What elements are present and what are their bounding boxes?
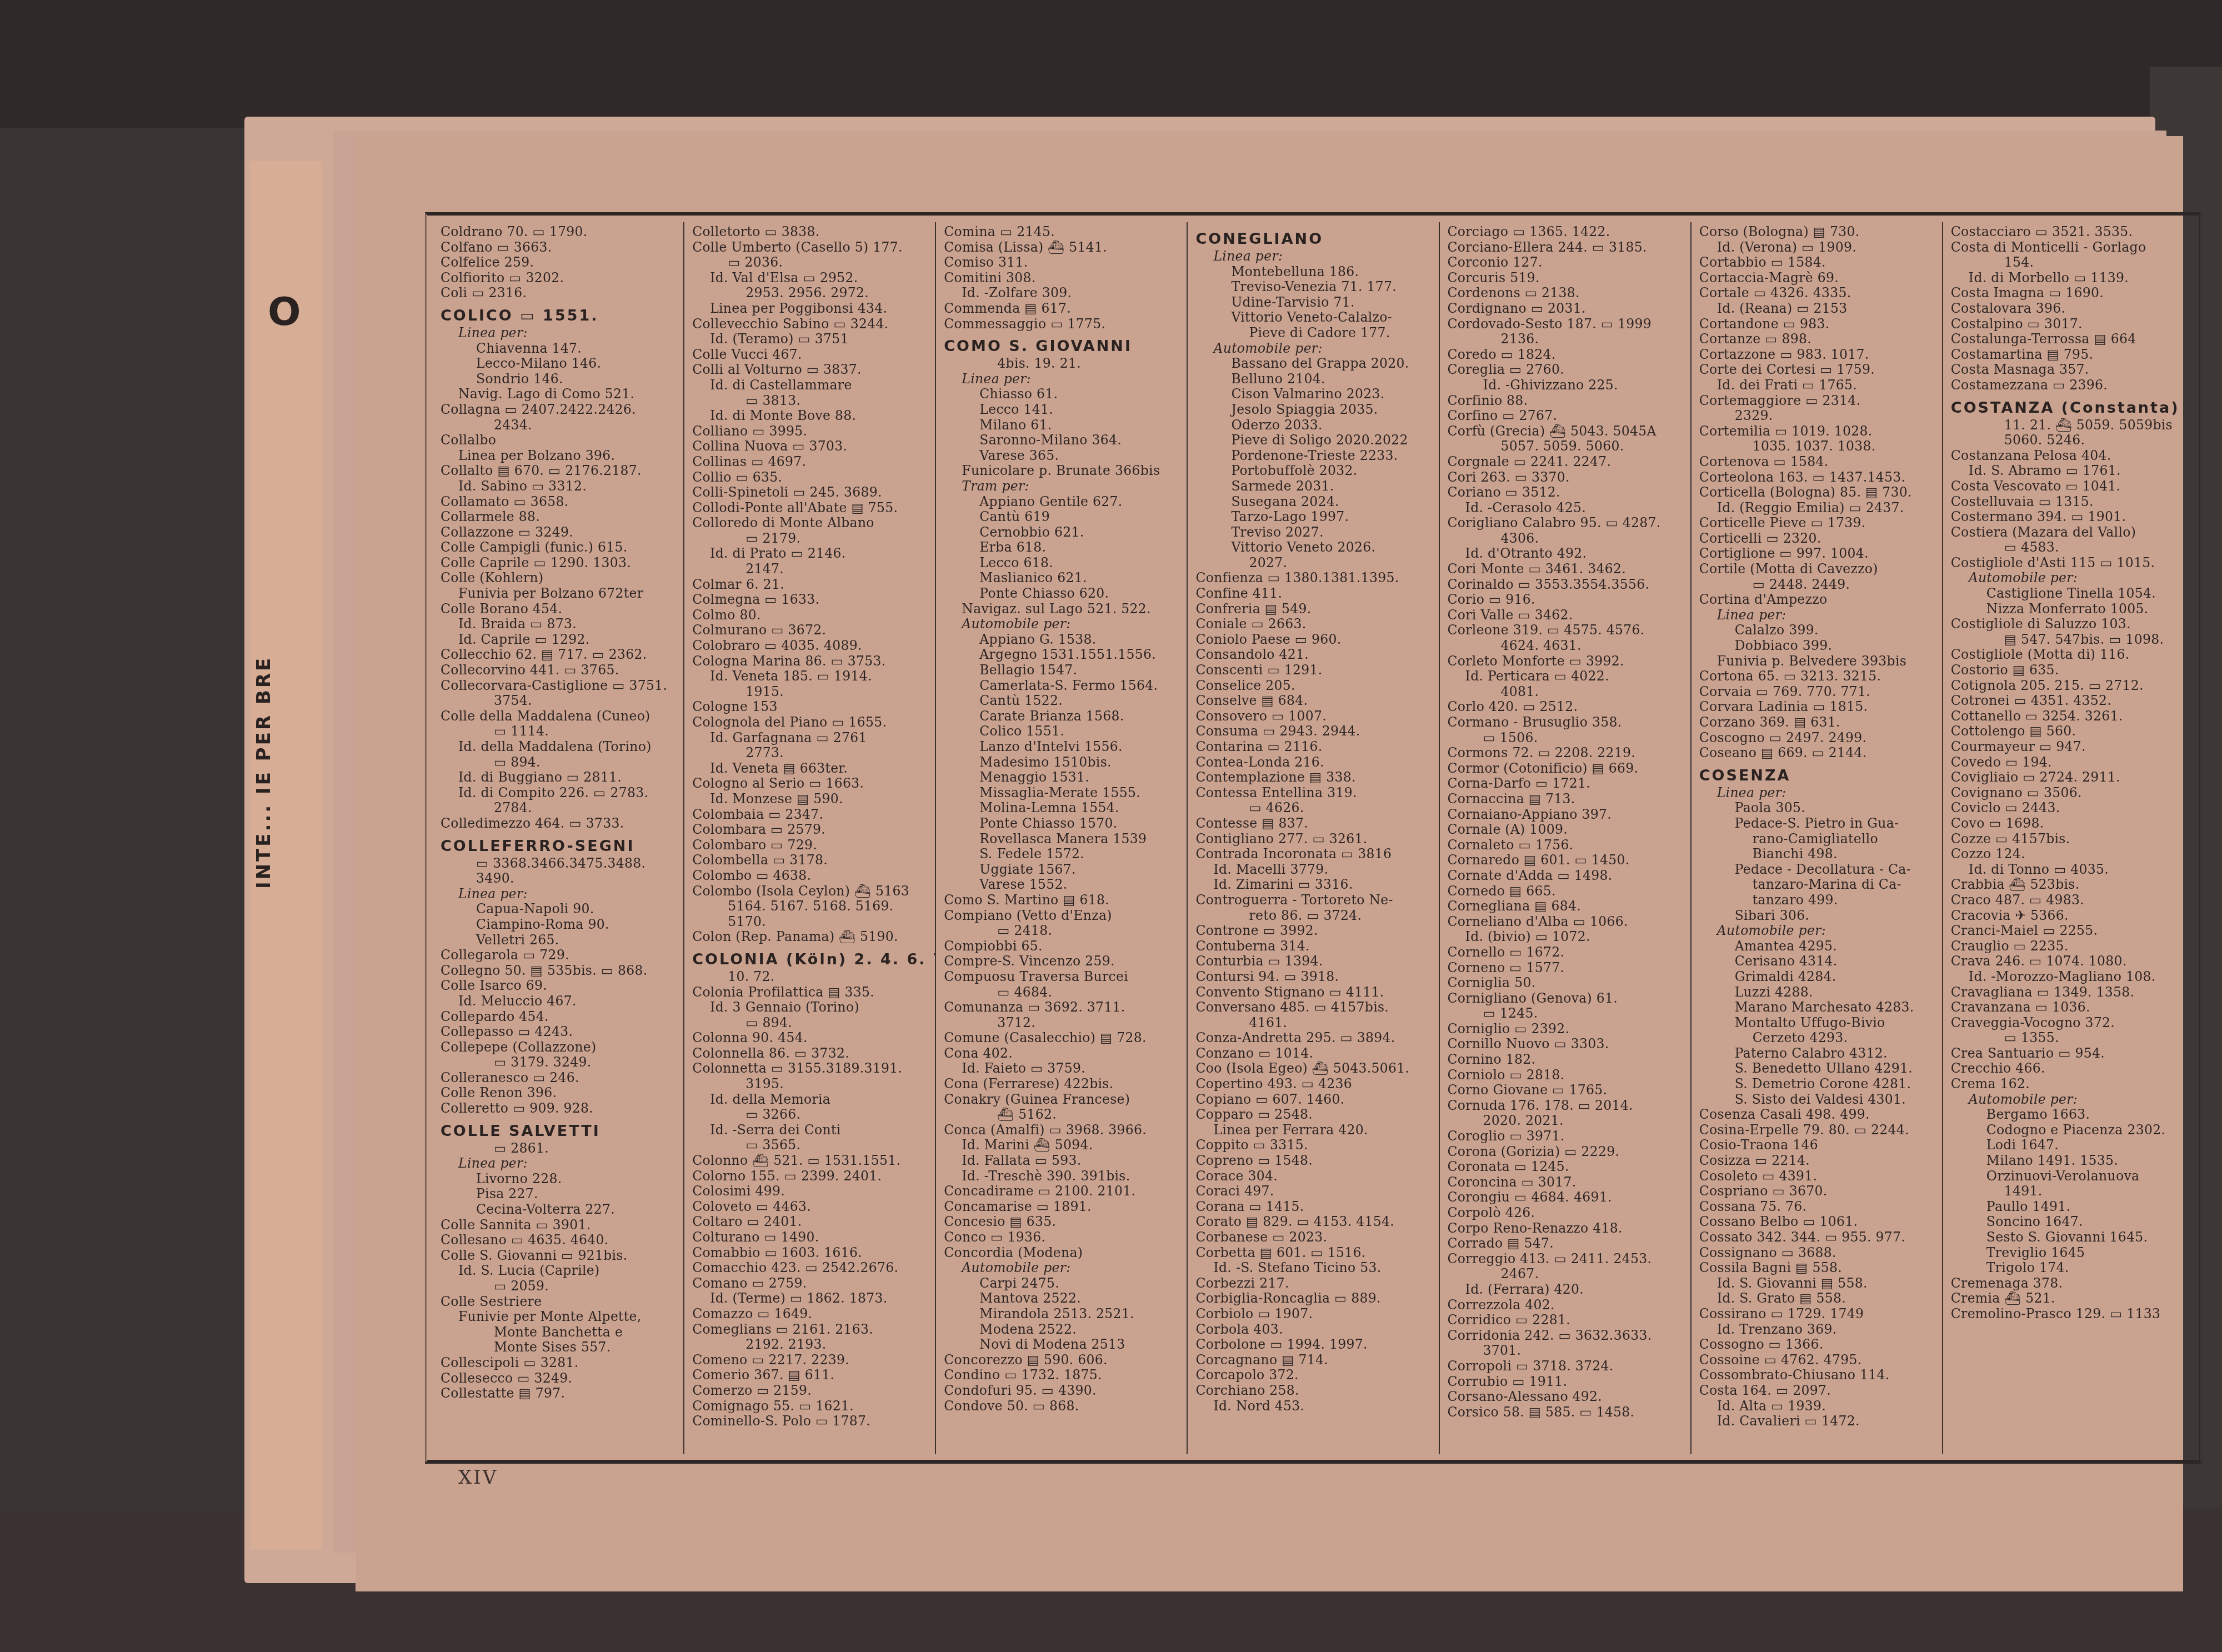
index-entry: Treviso-Venezia 71. 177. [1195, 279, 1433, 295]
index-entry: Corso (Bologna) ▤ 730. [1699, 224, 1936, 240]
index-entry: Linea per Ferrara 420. [1195, 1123, 1433, 1138]
index-entry: Colombaia ▭ 2347. [692, 807, 929, 823]
index-entry: Corticelle Pieve ▭ 1739. [1699, 515, 1936, 531]
index-entry: 4306. [1448, 531, 1685, 547]
index-entry: Colosimi 499. [692, 1184, 929, 1199]
index-entry: Id. Veneta ▤ 663ter. [692, 761, 929, 777]
index-entry: Cologne 153 [692, 699, 929, 715]
index-entry: Coredo ▭ 1824. [1448, 347, 1685, 363]
index-entry: Collecchio 62. ▤ 717. ▭ 2362. [441, 647, 678, 663]
index-entry: Comiso 311. [944, 255, 1181, 271]
index-entry: Colli al Volturno ▭ 3837. [692, 362, 929, 378]
index-entry: Id. (Verona) ▭ 1909. [1699, 240, 1936, 256]
index-entry: Cormons 72. ▭ 2208. 2219. [1448, 745, 1685, 761]
index-entry: Colleranesco ▭ 246. [441, 1070, 678, 1086]
index-entry: Condofuri 95. ▭ 4390. [944, 1383, 1181, 1399]
index-entry: S. Demetrio Corone 4281. [1699, 1077, 1936, 1092]
index-entry: Cosenza Casali 498. 499. [1699, 1107, 1936, 1123]
index-entry: Copiano ▭ 607. 1460. [1195, 1092, 1433, 1108]
index-entry: Id. (Terme) ▭ 1862. 1873. [692, 1291, 929, 1306]
index-entry: Covignano ▭ 3506. [1951, 785, 2188, 801]
index-entry: Colombo (Isola Ceylon) ⛴ 5163 [692, 884, 929, 899]
index-entry: Cossato 342. 344. ▭ 955. 977. [1699, 1230, 1936, 1245]
index-entry: Cornaredo ▤ 601. ▭ 1450. [1448, 853, 1685, 868]
index-entry: ▭ 4583. [1951, 540, 2188, 555]
index-entry: Collalbo [441, 433, 678, 448]
index-entry: Collepepe (Collazzone) [441, 1040, 678, 1055]
index-entry: Costa 164. ▭ 2097. [1699, 1383, 1936, 1399]
index-entry: Monte Banchetta e [441, 1325, 678, 1340]
index-entry: 2784. [441, 800, 678, 816]
index-entry: Costalpino ▭ 3017. [1951, 317, 2188, 332]
index-entry: Appiano Gentile 627. [944, 494, 1181, 510]
index-entry: 1915. [692, 684, 929, 700]
section-heading: COLLEFERRO-SEGNI [441, 837, 678, 856]
index-entry: Confienza ▭ 1380.1381.1395. [1195, 570, 1433, 586]
index-entry: Colledimezzo 464. ▭ 3733. [441, 816, 678, 832]
index-entry: Susegana 2024. [1195, 494, 1433, 510]
index-entry: Comerio 367. ▤ 611. [692, 1368, 929, 1383]
index-entry: Corcapolo 372. [1195, 1368, 1433, 1383]
index-entry: Id. (Reggio Emilia) ▭ 2437. [1699, 500, 1936, 516]
index-entry: Dobbiaco 399. [1699, 638, 1936, 654]
index-entry: Automobile per: [1951, 1092, 2188, 1108]
index-entry: Colle della Maddalena (Cuneo) [441, 709, 678, 724]
index-entry: Automobile per: [944, 1260, 1181, 1276]
index-entry: Monte Sises 557. [441, 1340, 678, 1355]
index-entry: Cornegliana ▤ 684. [1448, 899, 1685, 914]
index-entry: Concadirame ▭ 2100. 2101. [944, 1184, 1181, 1199]
index-entry: 3701. [1448, 1343, 1685, 1359]
index-entry: Costigliole d'Asti 115 ▭ 1015. [1951, 555, 2188, 571]
index-entry: Linea per: [441, 326, 678, 341]
index-entry: Contrada Incoronata ▭ 3816 [1195, 847, 1433, 862]
index-entry: Corridonia 242. ▭ 3632.3633. [1448, 1328, 1685, 1344]
index-entry: Coroglio ▭ 3971. [1448, 1129, 1685, 1144]
index-entry: Corlo 420. ▭ 2512. [1448, 699, 1685, 715]
index-entry: 11. 21. ⛴ 5059. 5059bis [1951, 418, 2188, 433]
index-entry: Id. -Treschè 390. 391bis. [944, 1169, 1181, 1184]
index-entry: Corvaia ▭ 769. 770. 771. [1699, 684, 1936, 700]
index-entry: Trigolo 174. [1951, 1260, 2188, 1276]
index-entry: Conscenti ▭ 1291. [1195, 663, 1433, 678]
index-entry: Corsano-Alessano 492. [1448, 1389, 1685, 1405]
index-entry: Corciago ▭ 1365. 1422. [1448, 224, 1685, 240]
index-entry: Cortandone ▭ 983. [1699, 317, 1936, 332]
index-entry: Cominello-S. Polo ▭ 1787. [692, 1414, 929, 1429]
index-entry: Concamarise ▭ 1891. [944, 1199, 1181, 1215]
section-heading: COSENZA [1699, 767, 1936, 785]
index-entry: Crea Santuario ▭ 954. [1951, 1046, 2188, 1062]
index-entry: Coviclo ▭ 2443. [1951, 800, 2188, 816]
index-entry: Consovero ▭ 1007. [1195, 709, 1433, 724]
index-entry: Cerzeto 4293. [1699, 1030, 1936, 1046]
index-entry: Cottanello ▭ 3254. 3261. [1951, 709, 2188, 724]
index-entry: Corniglio ▭ 2392. [1448, 1022, 1685, 1037]
index-entry: Orzinuovi-Verolanuova [1951, 1169, 2188, 1184]
index-entry: Corna-Darfo ▭ 1721. [1448, 776, 1685, 792]
index-entry: Corconio 127. [1448, 255, 1685, 271]
index-entry: 4624. 4631. [1448, 638, 1685, 654]
index-entry: Correggio 413. ▭ 2411. 2453. [1448, 1251, 1685, 1267]
index-entry: Cornello ▭ 1672. [1448, 945, 1685, 960]
index-entry: Id. di Buggiano ▭ 2811. [441, 770, 678, 785]
index-entry: Colle S. Giovanni ▭ 921bis. [441, 1248, 678, 1264]
index-entry: Id. di Prato ▭ 2146. [692, 546, 929, 562]
index-entry: Corleto Monforte ▭ 3992. [1448, 654, 1685, 669]
index-entry: Cortazzone ▭ 983. 1017. [1699, 347, 1936, 363]
index-entry: Colmegna ▭ 1633. [692, 592, 929, 608]
index-entry: Tarzo-Lago 1997. [1195, 509, 1433, 525]
index-entry: 2329. [1699, 408, 1936, 424]
index-entry: Controguerra - Tortoreto Ne- [1195, 893, 1433, 908]
index-column-1: Coldrano 70. ▭ 1790.Colfano ▭ 3663.Colfe… [433, 222, 684, 1454]
index-entry: Cortiglione ▭ 997. 1004. [1699, 546, 1936, 562]
index-entry: Id. di Compito 226. ▭ 2783. [441, 785, 678, 801]
index-columns: Coldrano 70. ▭ 1790.Colfano ▭ 3663.Colfe… [433, 222, 2194, 1454]
index-entry: Coscogno ▭ 2497. 2499. [1699, 730, 1936, 746]
index-entry: Jesolo Spiaggia 2035. [1195, 402, 1433, 418]
index-entry: Colfano ▭ 3663. [441, 240, 678, 256]
index-entry: Costelluvaia ▭ 1315. [1951, 494, 2188, 510]
index-entry: Carpi 2475. [944, 1276, 1181, 1291]
index-entry: Cologno al Serio ▭ 1663. [692, 776, 929, 792]
index-entry: Colfiorito ▭ 3202. [441, 271, 678, 286]
index-entry: Pedace-S. Pietro in Gua- [1699, 816, 1936, 832]
index-entry: Cortina d'Ampezzo [1699, 592, 1936, 608]
index-entry: Id. -Morozzo-Magliano 108. [1951, 969, 2188, 985]
index-entry: Id. Monzese ▤ 590. [692, 792, 929, 807]
index-entry: Courmayeur ▭ 947. [1951, 739, 2188, 755]
index-entry: Conakry (Guinea Francese) [944, 1092, 1181, 1108]
index-entry: Id. (Teramo) ▭ 3751 [692, 332, 929, 347]
index-entry: Cortile (Motta di Cavezzo) [1699, 562, 1936, 577]
index-entry: Comano ▭ 2759. [692, 1276, 929, 1291]
index-entry: Comacchio 423. ▭ 2542.2676. [692, 1260, 929, 1276]
index-entry: Cortanze ▭ 898. [1699, 332, 1936, 347]
index-entry: Cernobbio 621. [944, 525, 1181, 540]
index-entry: Cozzo 124. [1951, 847, 2188, 862]
index-entry: Comitini 308. [944, 271, 1181, 286]
index-entry: Id. (Ferrara) 420. [1448, 1282, 1685, 1298]
index-entry: Cornale (A) 1009. [1448, 822, 1685, 838]
index-entry: Collegarola ▭ 729. [441, 948, 678, 963]
index-entry: Cecina-Volterra 227. [441, 1202, 678, 1218]
index-entry: ▭ 2418. [944, 923, 1181, 939]
index-entry: Linea per Bolzano 396. [441, 448, 678, 464]
index-entry: Vittorio Veneto 2026. [1195, 540, 1433, 555]
index-entry: Corcagnano ▤ 714. [1195, 1353, 1433, 1368]
index-entry: Navigaz. sul Lago 521. 522. [944, 602, 1181, 617]
index-column-7: Costacciaro ▭ 3521. 3535.Costa di Montic… [1943, 222, 2194, 1454]
index-entry: Chiasso 61. [944, 387, 1181, 402]
section-heading: COLLE SALVETTI [441, 1122, 678, 1141]
index-entry: Corigliano Calabro 95. ▭ 4287. [1448, 515, 1685, 531]
index-entry: ▭ 2059. [441, 1279, 678, 1294]
index-entry: Craveggia-Vocogno 372. [1951, 1015, 2188, 1031]
index-entry: Conca (Amalfi) ▭ 3968. 3966. [944, 1123, 1181, 1138]
index-entry: Corrubio ▭ 1911. [1448, 1374, 1685, 1390]
index-entry: Id. -S. Stefano Ticino 53. [1195, 1260, 1433, 1276]
index-entry: Copparo ▭ 2548. [1195, 1107, 1433, 1123]
index-entry: Costiera (Mazara del Vallo) [1951, 525, 2188, 540]
index-entry: Montalto Uffugo-Bivio [1699, 1015, 1936, 1031]
index-entry: Cossignano ▭ 3688. [1699, 1245, 1936, 1261]
index-entry: Comeno ▭ 2217. 2239. [692, 1353, 929, 1368]
index-entry: Funicolare p. Brunate 366bis [944, 463, 1181, 479]
index-entry: Corchiano 258. [1195, 1383, 1433, 1399]
index-entry: Paola 305. [1699, 800, 1936, 816]
index-entry: Cison Valmarino 2023. [1195, 387, 1433, 402]
index-entry: Id. (Reana) ▭ 2153 [1699, 301, 1936, 317]
index-entry: Cortale ▭ 4326. 4335. [1699, 286, 1936, 301]
index-entry: Corpo Reno-Renazzo 418. [1448, 1221, 1685, 1237]
index-entry: Confine 411. [1195, 586, 1433, 602]
index-entry: Copertino 493. ▭ 4236 [1195, 1077, 1433, 1092]
index-entry: Corticelli ▭ 2320. [1699, 531, 1936, 547]
index-entry: Linea per: [1699, 608, 1936, 623]
section-heading: COLICO ▭ 1551. [441, 307, 678, 326]
index-entry: Coronata ▭ 1245. [1448, 1159, 1685, 1175]
index-entry: rano-Camigliatello [1699, 832, 1936, 847]
index-entry: Cordignano ▭ 2031. [1448, 301, 1685, 317]
index-entry: Cozze ▭ 4157bis. [1951, 832, 2188, 847]
index-entry: Colle Borano 454. [441, 602, 678, 617]
index-entry: Id. S. Grato ▤ 558. [1699, 1291, 1936, 1306]
index-entry: 4bis. 19. 21. [944, 356, 1181, 372]
index-entry: Id. di Monte Bove 88. [692, 408, 929, 424]
index-entry: Compiobbi 65. [944, 939, 1181, 954]
index-entry: Comina ▭ 2145. [944, 224, 1181, 240]
index-entry: ▭ 3179. 3249. [441, 1055, 678, 1070]
index-entry: ▭ 1506. [1448, 730, 1685, 746]
index-entry: Calalzo 399. [1699, 623, 1936, 638]
index-entry: Coloveto ▭ 4463. [692, 1199, 929, 1215]
index-entry: Pieve di Soligo 2020.2022 [1195, 433, 1433, 448]
index-entry: Collazzone ▭ 3249. [441, 525, 678, 540]
index-entry: Condove 50. ▭ 868. [944, 1399, 1181, 1414]
index-entry: Id. Cavalieri ▭ 1472. [1699, 1414, 1936, 1429]
index-entry: Pisa 227. [441, 1187, 678, 1202]
index-column-6: Corso (Bologna) ▤ 730.Id. (Verona) ▭ 190… [1691, 222, 1943, 1454]
index-entry: Id. Perticara ▭ 4022. [1448, 669, 1685, 684]
index-entry: Colli-Spinetoli ▭ 245. 3689. [692, 485, 929, 500]
index-entry: Capua-Napoli 90. [441, 902, 678, 917]
index-entry: Costigliole (Motta di) 116. [1951, 647, 2188, 663]
index-entry: Cremolino-Prasco 129. ▭ 1133 [1951, 1306, 2188, 1322]
index-entry: Sesto S. Giovanni 1645. [1951, 1230, 2188, 1245]
index-entry: 4081. [1448, 684, 1685, 700]
index-entry: Corvara Ladinia ▭ 1815. [1699, 699, 1936, 715]
index-entry: Camerlata-S. Fermo 1564. [944, 678, 1181, 694]
index-entry: Costalunga-Terrossa ▤ 664 [1951, 332, 2188, 347]
index-entry: Corbiglia-Roncaglia ▭ 889. [1195, 1291, 1433, 1306]
index-entry: Cormano - Brusuglio 358. [1448, 715, 1685, 730]
index-entry: Marano Marchesato 4283. [1699, 1000, 1936, 1015]
index-entry: Id. -Serra dei Conti [692, 1123, 929, 1138]
index-entry: ▭ 3266. [692, 1107, 929, 1123]
index-entry: 2434. [441, 418, 678, 433]
index-entry: Costigliole di Saluzzo 103. [1951, 617, 2188, 632]
index-entry: Colombara ▭ 2579. [692, 822, 929, 838]
index-entry: Colombaro ▭ 729. [692, 838, 929, 853]
index-entry: Vittorio Veneto-Calalzo- [1195, 310, 1433, 326]
index-entry: Lecco 141. [944, 402, 1181, 418]
index-entry: Collepardo 454. [441, 1009, 678, 1025]
index-entry: Corgnale ▭ 2241. 2247. [1448, 454, 1685, 470]
index-entry: Corfino ▭ 2767. [1448, 408, 1685, 424]
index-entry: Costa Vescovato ▭ 1041. [1951, 479, 2188, 494]
section-heading: COLONIA (Köln) 2. 4. 6. 7. [692, 950, 929, 969]
index-entry: Cona 402. [944, 1046, 1181, 1062]
index-entry: Costa Masnaga 357. [1951, 362, 2188, 378]
section-heading: COSTANZA (Constanta) [1951, 399, 2188, 418]
index-entry: Colletorto ▭ 3838. [692, 224, 929, 240]
index-entry: Id. Trenzano 369. [1699, 1322, 1936, 1338]
index-entry: Id. (bivio) ▭ 1072. [1448, 929, 1685, 945]
index-entry: Ponte Chiasso 1570. [944, 816, 1181, 832]
index-entry: Collesano ▭ 4635. 4640. [441, 1233, 678, 1248]
index-entry: Cravanzana ▭ 1036. [1951, 1000, 2188, 1015]
index-entry: Collecorvino 441. ▭ 3765. [441, 663, 678, 678]
index-entry: Cortona 65. ▭ 3213. 3215. [1699, 669, 1936, 684]
index-entry: Costalovara 396. [1951, 301, 2188, 317]
index-entry: Id. d'Otranto 492. [1448, 546, 1685, 562]
index-entry: Cortenova ▭ 1584. [1699, 454, 1936, 470]
index-entry: Mantova 2522. [944, 1291, 1181, 1306]
index-entry: Corrado ▤ 547. [1448, 1236, 1685, 1251]
index-entry: Colfelice 259. [441, 255, 678, 271]
index-entry: Como S. Martino ▤ 618. [944, 893, 1181, 908]
index-entry: Ponte Chiasso 620. [944, 586, 1181, 602]
section-heading: COMO S. GIOVANNI [944, 337, 1181, 356]
index-entry: 2147. [692, 562, 929, 577]
index-entry: 2773. [692, 745, 929, 761]
index-entry: ⛴ 5162. [944, 1107, 1181, 1123]
index-entry: Cortemilia ▭ 1019. 1028. [1699, 424, 1936, 439]
index-entry: Crema 162. [1951, 1077, 2188, 1092]
index-entry: Contemplazione ▤ 338. [1195, 770, 1433, 785]
index-entry: Tram per: [944, 479, 1181, 494]
page-number: XIV [458, 1466, 498, 1489]
index-entry: Confreria ▤ 549. [1195, 602, 1433, 617]
index-entry: Collio ▭ 635. [692, 470, 929, 485]
index-entry: Corleone 319. ▭ 4575. 4576. [1448, 623, 1685, 638]
index-entry: ▭ 894. [441, 755, 678, 770]
index-entry: ▭ 2448. 2449. [1699, 577, 1936, 593]
index-entry: Contea-Londa 216. [1195, 755, 1433, 770]
index-entry: Colognola del Piano ▭ 1655. [692, 715, 929, 730]
index-entry: Varese 365. [944, 448, 1181, 464]
index-entry: Lodi 1647. [1951, 1138, 2188, 1153]
index-entry: reto 86. ▭ 3724. [1195, 908, 1433, 924]
index-entry: Linea per: [1195, 249, 1433, 264]
index-entry: Id. -Zolfare 309. [944, 286, 1181, 301]
index-entry: 5060. 5246. [1951, 433, 2188, 448]
index-entry: Conzano ▭ 1014. [1195, 1046, 1433, 1062]
index-entry: 2020. 2021. [1448, 1113, 1685, 1129]
index-entry: Colle Caprile ▭ 1290. 1303. [441, 555, 678, 571]
index-entry: Corteolona 163. ▭ 1437.1453. [1699, 470, 1936, 485]
index-entry: Id. Faieto ▭ 3759. [944, 1061, 1181, 1077]
index-entry: Controne ▭ 3992. [1195, 923, 1433, 939]
index-entry: ▭ 4684. [944, 985, 1181, 1000]
index-entry: Navig. Lago di Como 521. [441, 387, 678, 402]
index-entry: Collarmele 88. [441, 509, 678, 525]
index-entry: Linea per: [1699, 785, 1936, 801]
index-entry: 3712. [944, 1015, 1181, 1031]
index-entry: Consuma ▭ 2943. 2944. [1195, 724, 1433, 739]
index-entry: ▭ 1245. [1448, 1006, 1685, 1022]
index-entry: 3195. [692, 1077, 929, 1092]
index-entry: Bergamo 1663. [1951, 1107, 2188, 1123]
index-entry: Cornaccina ▤ 713. [1448, 792, 1685, 807]
index-entry: Cossano Belbo ▭ 1061. [1699, 1214, 1936, 1230]
index-entry: Colon (Rep. Panama) ⛴ 5190. [692, 929, 929, 945]
index-entry: Cossirano ▭ 1729. 1749 [1699, 1306, 1936, 1322]
index-entry: Grimaldi 4284. [1699, 969, 1936, 985]
index-entry: Colonna 90. 454. [692, 1030, 929, 1046]
index-entry: 5164. 5167. 5168. 5169. [692, 899, 929, 914]
index-entry: Cortaccia-Magrè 69. [1699, 271, 1936, 286]
index-column-3: Comina ▭ 2145.Comisa (Lissa) ⛴ 5141.Comi… [936, 222, 1188, 1454]
index-entry: Cracovia ✈ 5366. [1951, 908, 2188, 924]
index-entry: ▭ 894. [692, 1015, 929, 1031]
index-entry: Coniolo Paese ▭ 960. [1195, 632, 1433, 648]
index-entry: Lecco 618. [944, 555, 1181, 571]
index-entry: 2136. [1448, 332, 1685, 347]
index-entry: S. Sisto dei Valdesi 4301. [1699, 1092, 1936, 1108]
index-entry: ▭ 2179. [692, 531, 929, 547]
index-entry: Corropoli ▭ 3718. 3724. [1448, 1359, 1685, 1374]
index-entry: Covedo ▭ 194. [1951, 755, 2188, 770]
index-entry: Corniolo ▭ 2818. [1448, 1068, 1685, 1083]
index-entry: Cospriano ▭ 3670. [1699, 1184, 1936, 1199]
index-entry: Corsico 58. ▤ 585. ▭ 1458. [1448, 1405, 1685, 1420]
index-entry: Costamartina ▤ 795. [1951, 347, 2188, 363]
index-entry: Oderzo 2033. [1195, 418, 1433, 433]
index-entry: ▤ 547. 547bis. ▭ 1098. [1951, 632, 2188, 648]
index-entry: 3754. [441, 693, 678, 709]
index-entry: Cona (Ferrarese) 422bis. [944, 1077, 1181, 1092]
index-entry: Collamato ▭ 3658. [441, 494, 678, 510]
index-entry: Crauglio ▭ 2235. [1951, 939, 2188, 954]
index-entry: Cologna Marina 86. ▭ 3753. [692, 654, 929, 669]
index-entry: ▭ 2036. [692, 255, 929, 271]
index-entry: 1035. 1037. 1038. [1699, 439, 1936, 454]
index-entry: ▭ 4626. [1195, 800, 1433, 816]
index-entry: Comazzo ▭ 1649. [692, 1306, 929, 1322]
index-entry: Cornuda 176. 178. ▭ 2014. [1448, 1098, 1685, 1114]
index-entry: Id. di Tonno ▭ 4035. [1951, 862, 2188, 878]
index-entry: Erba 618. [944, 540, 1181, 555]
index-entry: Montebelluna 186. [1195, 264, 1433, 280]
index-entry: Comabbio ▭ 1603. 1616. [692, 1245, 929, 1261]
index-entry: Cornillo Nuovo ▭ 3303. [1448, 1037, 1685, 1052]
index-entry: ▭ 3565. [692, 1138, 929, 1153]
index-entry: Coseano ▤ 669. ▭ 2144. [1699, 745, 1936, 761]
index-entry: Cori Valle ▭ 3462. [1448, 608, 1685, 623]
index-entry: tanzaro-Marina di Ca- [1699, 877, 1936, 893]
index-entry: Cantù 619 [944, 509, 1181, 525]
index-entry: Collesecco ▭ 3249. [441, 1371, 678, 1386]
index-entry: Conselice 205. [1195, 678, 1433, 694]
index-entry: Corbola 403. [1195, 1322, 1433, 1338]
index-entry: Cormor (Cotonificio) ▤ 669. [1448, 761, 1685, 777]
index-entry: Id. dei Frati ▭ 1765. [1699, 378, 1936, 393]
index-entry: Costanzana Pelosa 404. [1951, 448, 2188, 464]
index-entry: Corticella (Bologna) 85. ▤ 730. [1699, 485, 1936, 500]
